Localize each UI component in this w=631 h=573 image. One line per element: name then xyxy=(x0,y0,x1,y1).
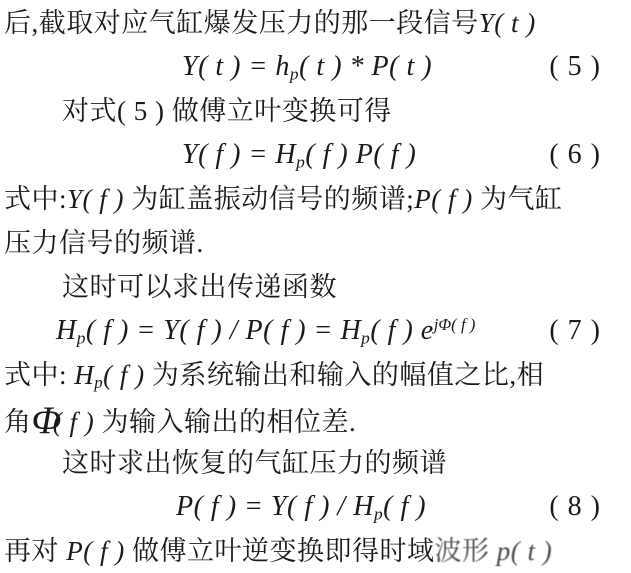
equation-8-body: P( f ) = Y( f ) / Hp( f ) xyxy=(176,485,426,529)
equation-7-mid: ( f ) = Y( f ) / P( f ) = H xyxy=(86,315,361,346)
text-line-9: 式中: Hp( f ) 为系统输出和输入的幅值之比,相 xyxy=(4,353,623,397)
equation-7-exponent: jΦ( f ) xyxy=(434,315,476,334)
text-line-6-cn: 压力信号的频谱. xyxy=(4,228,204,258)
equation-7-H: H xyxy=(56,315,77,346)
text-line-6: 压力信号的频谱. xyxy=(4,221,623,265)
inline-math-H-args: ( f ) xyxy=(103,360,144,390)
equation-6-number: ( 6 ) xyxy=(549,133,601,177)
text-line-5-cn2: 为缸盖振动信号的频谱; xyxy=(124,184,414,214)
equation-5-subscript: p xyxy=(290,64,299,83)
text-line-10: 角Φ( f ) 为输入输出的相位差. xyxy=(4,397,623,441)
equation-7: Hp( f ) = Y( f ) / P( f ) = Hp( f ) ejΦ(… xyxy=(4,309,623,353)
inline-math-P-f: P( f ) xyxy=(414,184,472,214)
equation-8-number: ( 8 ) xyxy=(549,485,601,529)
inline-math-P-f-2: P( f ) xyxy=(66,536,124,566)
text-line-7: 这时可以求出传递函数 xyxy=(4,265,623,309)
equation-7-subscript-2: p xyxy=(361,328,370,347)
text-line-10-cn2: 为输入输出的相位差. xyxy=(94,407,356,437)
equation-6-subscript: p xyxy=(296,152,305,171)
equation-5-lhs: Y( t ) = h xyxy=(182,51,290,82)
inline-math-p-t-degraded: p( t ) xyxy=(489,536,552,566)
equation-5-body: Y( t ) = hp( t ) * P( t ) xyxy=(182,45,432,89)
equation-8-rhs: ( f ) xyxy=(383,491,426,522)
text-line-13-cn3-degraded: 波形 xyxy=(434,536,489,566)
equation-5: Y( t ) = hp( t ) * P( t ) ( 5 ) xyxy=(4,45,623,89)
equation-7-exp-base: ( f ) e xyxy=(370,315,433,346)
text-line-10-cn1: 角 xyxy=(4,407,32,437)
equation-8: P( f ) = Y( f ) / Hp( f ) ( 8 ) xyxy=(4,485,623,529)
text-line-13-cn1: 再对 xyxy=(4,536,66,566)
text-line-11: 这时求出恢复的气缸压力的频谱 xyxy=(4,441,623,485)
text-line-5-cn1: 式中: xyxy=(4,184,67,214)
equation-5-rhs: ( t ) * P( t ) xyxy=(299,51,432,82)
text-line-3-cn: 对式( 5 ) 做傅立叶变换可得 xyxy=(62,96,392,126)
equation-5-number: ( 5 ) xyxy=(549,45,601,89)
text-line-1-cn: 后,截取对应气缸爆发压力的那一段信号 xyxy=(4,8,479,38)
equation-6-rhs: ( f ) P( f ) xyxy=(305,139,416,170)
equation-6-lhs: Y( f ) = H xyxy=(182,139,296,170)
text-line-7-cn: 这时可以求出传递函数 xyxy=(62,272,337,302)
equation-7-subscript-1: p xyxy=(77,328,86,347)
equation-8-subscript: p xyxy=(374,504,383,523)
text-line-13: 再对 P( f ) 做傅立叶逆变换即得时域波形 p( t ) xyxy=(4,529,623,573)
inline-math-phi: Φ xyxy=(32,399,62,442)
inline-math-H: H xyxy=(74,360,94,390)
equation-6: Y( f ) = Hp( f ) P( f ) ( 6 ) xyxy=(4,133,623,177)
text-line-13-cn2: 做傅立叶逆变换即得时域 xyxy=(125,536,435,566)
equation-8-lhs: P( f ) = Y( f ) / H xyxy=(176,491,374,522)
text-line-9-cn1: 式中: xyxy=(4,360,74,390)
text-line-3: 对式( 5 ) 做傅立叶变换可得 xyxy=(4,89,623,133)
equation-7-number: ( 7 ) xyxy=(549,309,601,353)
inline-math-H-subscript: p xyxy=(94,373,103,392)
text-line-11-cn: 这时求出恢复的气缸压力的频谱 xyxy=(62,448,447,478)
text-line-5: 式中:Y( f ) 为缸盖振动信号的频谱;P( f ) 为气缸 xyxy=(4,177,623,221)
paper-page: 后,截取对应气缸爆发压力的那一段信号Y( t ) Y( t ) = hp( t … xyxy=(0,0,631,573)
text-line-1: 后,截取对应气缸爆发压力的那一段信号Y( t ) xyxy=(4,1,623,45)
inline-math-Y-t: Y( t ) xyxy=(479,8,536,38)
text-line-9-cn2: 为系统输出和输入的幅值之比,相 xyxy=(145,360,545,390)
text-line-5-cn3: 为气缸 xyxy=(473,184,563,214)
equation-7-body: Hp( f ) = Y( f ) / P( f ) = Hp( f ) ejΦ(… xyxy=(56,309,475,353)
inline-math-Y-f: Y( f ) xyxy=(67,184,124,214)
equation-6-body: Y( f ) = Hp( f ) P( f ) xyxy=(182,133,416,177)
